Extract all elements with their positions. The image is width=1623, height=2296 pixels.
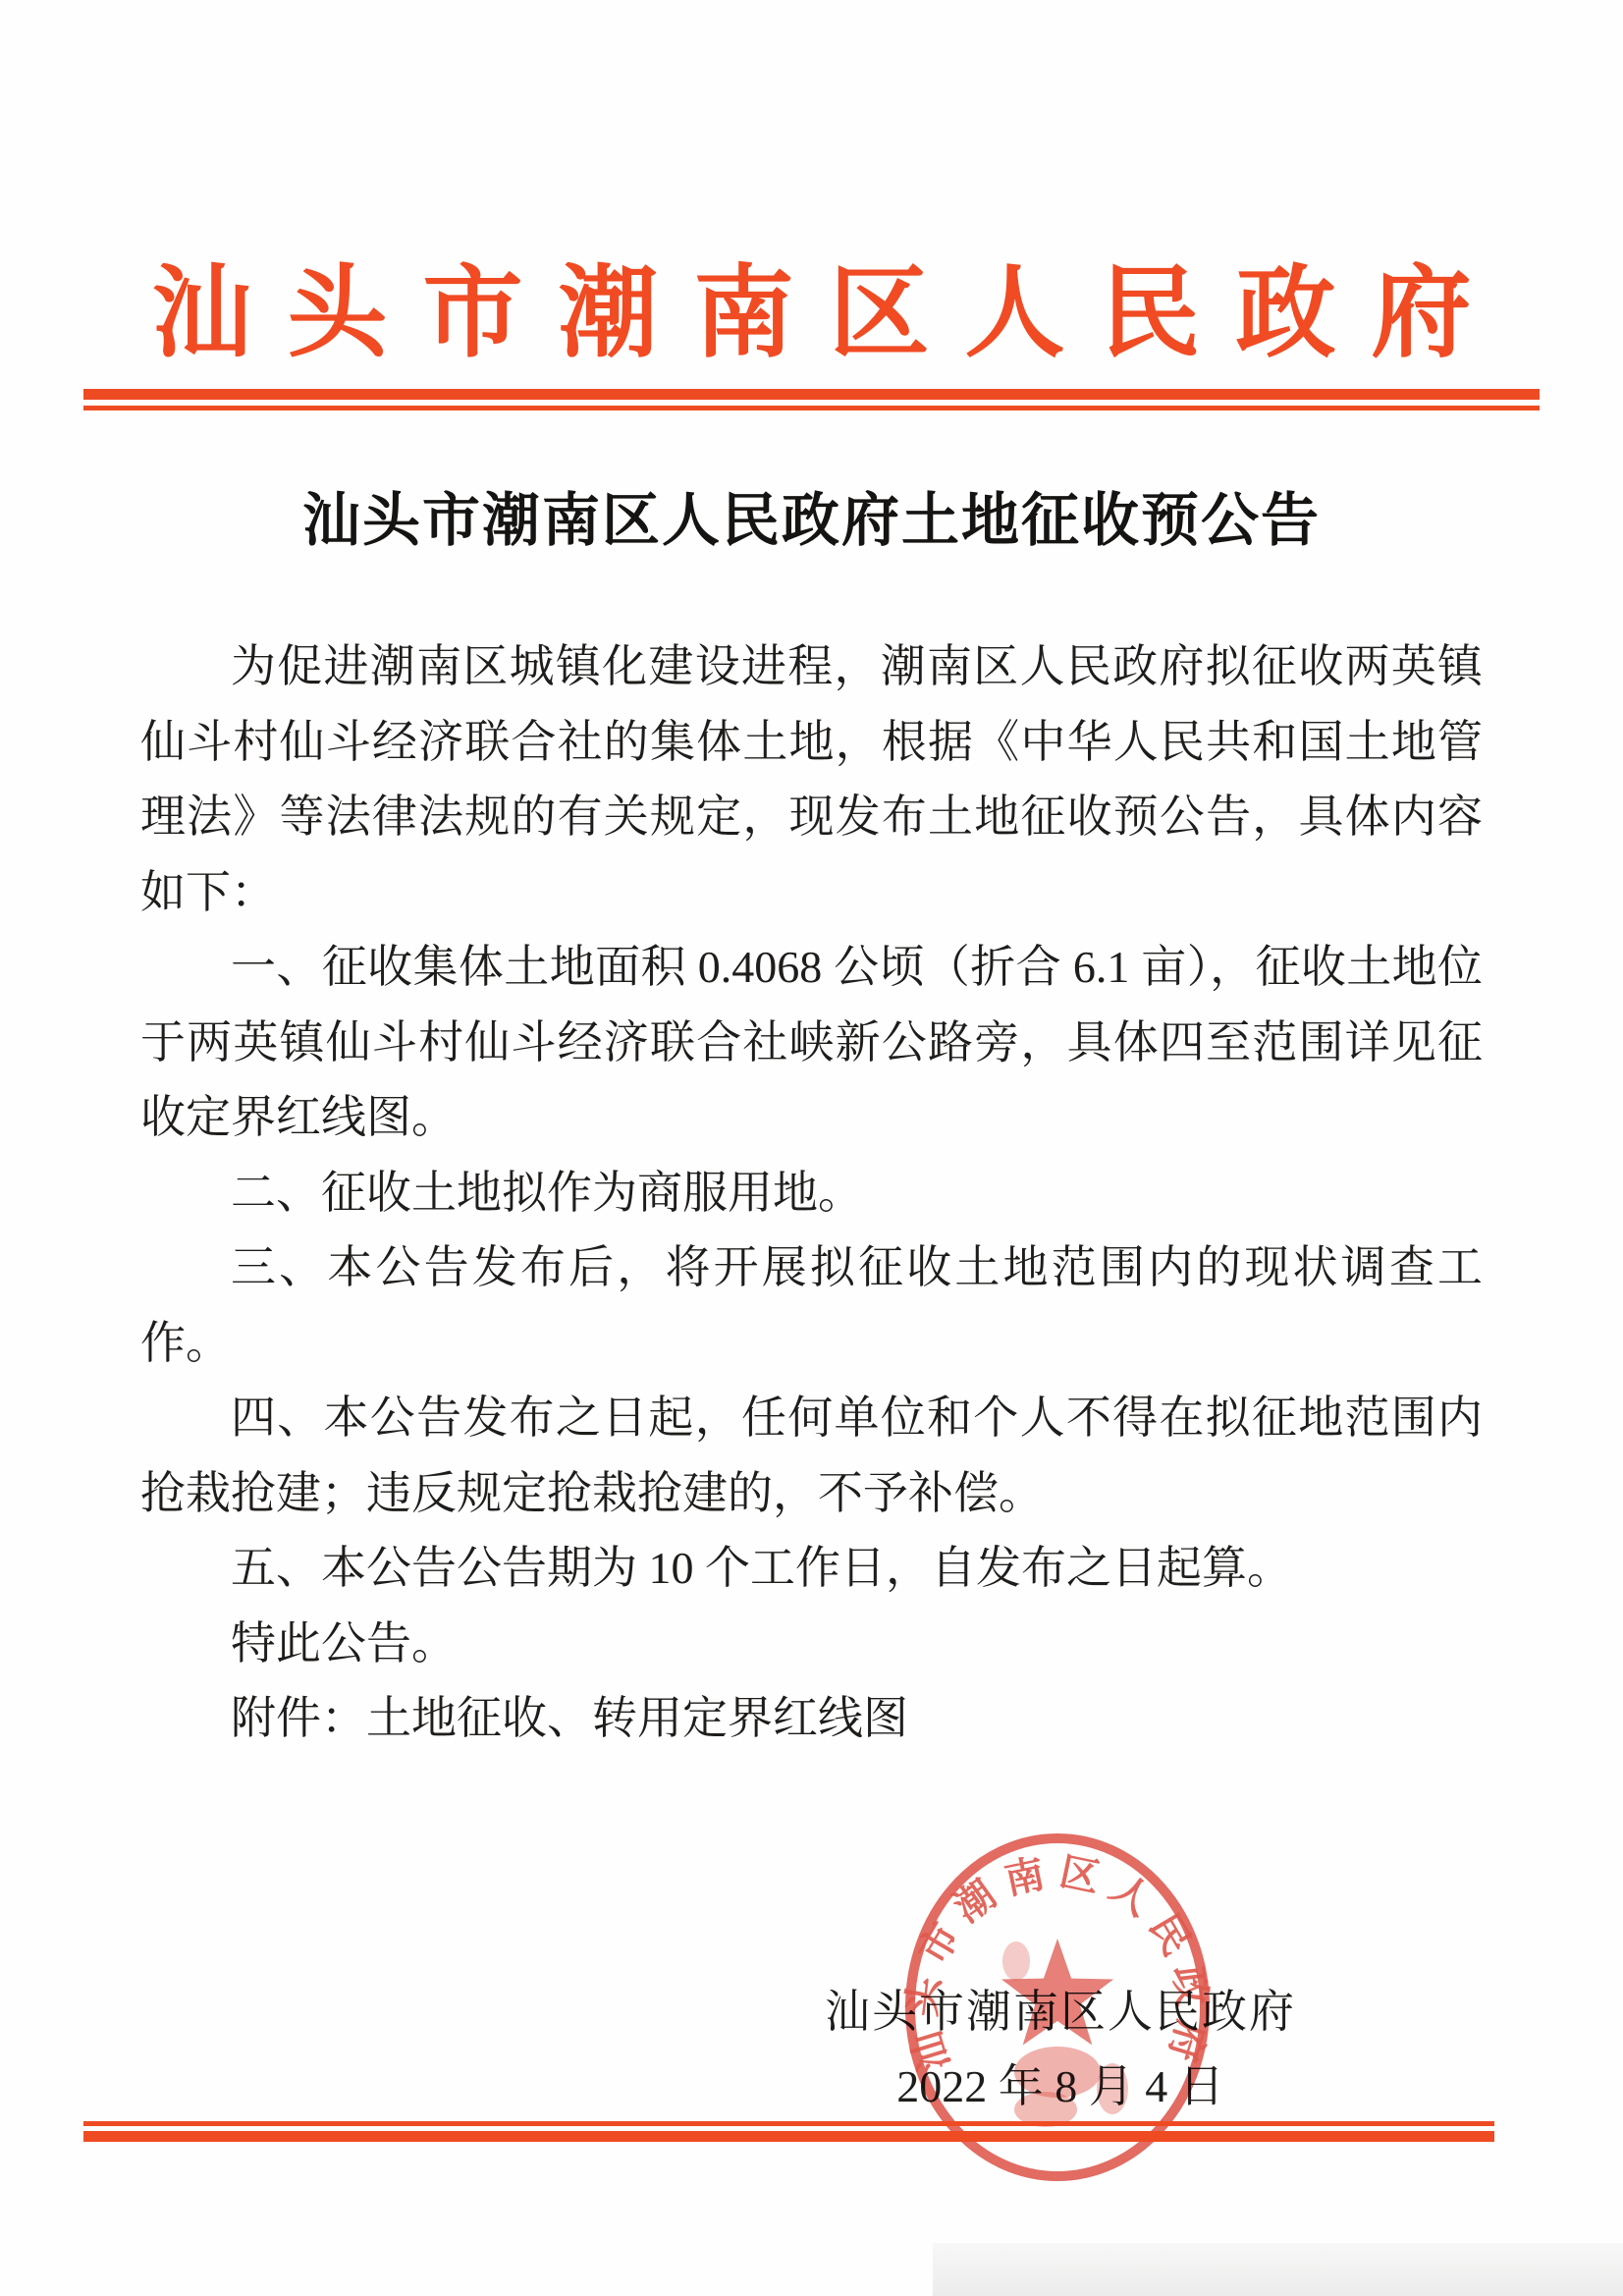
- header-divider-thick-line: [83, 389, 1540, 400]
- footer-divider-thick-line: [83, 2131, 1494, 2142]
- body-paragraph-intro: 为促进潮南区城镇化建设进程，潮南区人民政府拟征收两英镇仙斗村仙斗经济联合社的集体…: [140, 629, 1483, 930]
- header-divider-thin-line: [83, 406, 1540, 410]
- announcement-page: 汕头市潮南区人民政府 汕头市潮南区人民政府土地征收预公告 为促进潮南区城镇化建设…: [0, 0, 1623, 2296]
- body-paragraph-item4: 四、本公告发布之日起，任何单位和个人不得在拟征地范围内抢栽抢建；违反规定抢栽抢建…: [140, 1381, 1483, 1531]
- header-divider: [83, 389, 1540, 410]
- seal-arc-text: 汕头市潮南区人民政府: [899, 1849, 1216, 2077]
- body-paragraph-item3: 三、本公告发布后，将开展拟征收土地范围内的现状调查工作。: [140, 1230, 1483, 1381]
- body-paragraph-item1: 一、征收集体土地面积 0.4068 公顷（折合 6.1 亩），征收土地位于两英镇…: [140, 930, 1483, 1156]
- body-paragraph-item5: 五、本公告公告期为 10 个工作日，自发布之日起算。: [140, 1531, 1483, 1607]
- seal-arc-text-node: 汕头市潮南区人民政府: [899, 1849, 1216, 2077]
- seal-smudge: [1002, 1941, 1030, 1981]
- masthead-org-name: 汕头市潮南区人民政府: [0, 234, 1623, 377]
- body-paragraph-item2: 二、征收土地拟作为商服用地。: [140, 1156, 1483, 1231]
- attachment-line: 附件：土地征收、转用定界红线图: [140, 1681, 1483, 1757]
- document-title: 汕头市潮南区人民政府土地征收预公告: [0, 473, 1623, 557]
- footer-divider-thin-line: [83, 2121, 1494, 2126]
- footer-divider: [83, 2121, 1494, 2142]
- document-body: 为促进潮南区城镇化建设进程，潮南区人民政府拟征收两英镇仙斗村仙斗经济联合社的集体…: [140, 629, 1483, 1757]
- scan-shadow: [933, 2243, 1623, 2296]
- issuer-signature: 汕头市潮南区人民政府: [825, 1988, 1271, 2037]
- body-paragraph-closing: 特此公告。: [140, 1607, 1483, 1682]
- issue-date: 2022 年 8 月 4 日: [830, 2062, 1291, 2111]
